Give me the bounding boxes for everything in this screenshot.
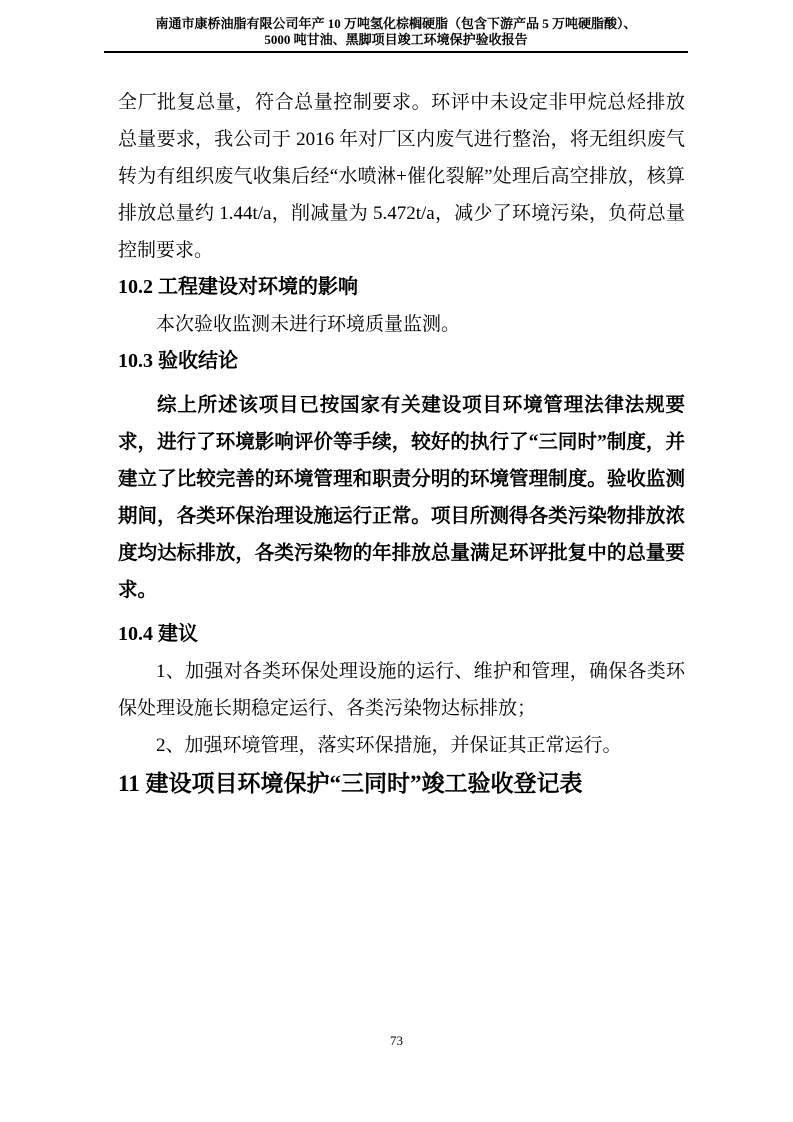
header-title-line2: 5000 吨甘油、黑脚项目竣工环境保护验收报告 — [104, 32, 688, 48]
page-header: 南通市康桥油脂有限公司年产 10 万吨氢化棕榈硬脂（包含下游产品 5 万吨硬脂酸… — [104, 0, 688, 53]
paragraph-10-3-conclusion: 综上所述该项目已按国家有关建设项目环境管理法律法规要求，进行了环境影响评价等手续… — [118, 387, 685, 609]
section-heading-10-3: 10.3 验收结论 — [118, 343, 685, 380]
section-heading-11: 11 建设项目环境保护“三同时”竣工验收登记表 — [118, 764, 685, 804]
paragraph-10-4-item-1: 1、加强对各类环保处理设施的运行、维护和管理，确保各类环保处理设施长期稳定运行、… — [118, 653, 685, 727]
section-heading-10-2: 10.2 工程建设对环境的影响 — [118, 269, 685, 306]
paragraph-total-amount-continuation: 全厂批复总量，符合总量控制要求。环评中未设定非甲烷总烃排放总量要求，我公司于 2… — [118, 84, 685, 269]
page-number: 73 — [390, 1033, 403, 1048]
section-heading-10-4: 10.4 建议 — [118, 616, 685, 653]
paragraph-10-2-monitoring: 本次验收监测未进行环境质量监测。 — [118, 306, 685, 343]
document-page: 南通市康桥油脂有限公司年产 10 万吨氢化棕榈硬脂（包含下游产品 5 万吨硬脂酸… — [0, 0, 793, 1122]
header-title-line1: 南通市康桥油脂有限公司年产 10 万吨氢化棕榈硬脂（包含下游产品 5 万吨硬脂酸… — [104, 16, 688, 32]
document-body: 全厂批复总量，符合总量控制要求。环评中未设定非甲烷总烃排放总量要求，我公司于 2… — [118, 52, 685, 804]
paragraph-10-4-item-2: 2、加强环境管理，落实环保措施，并保证其正常运行。 — [118, 727, 685, 764]
page-footer: 73 — [0, 1033, 793, 1049]
